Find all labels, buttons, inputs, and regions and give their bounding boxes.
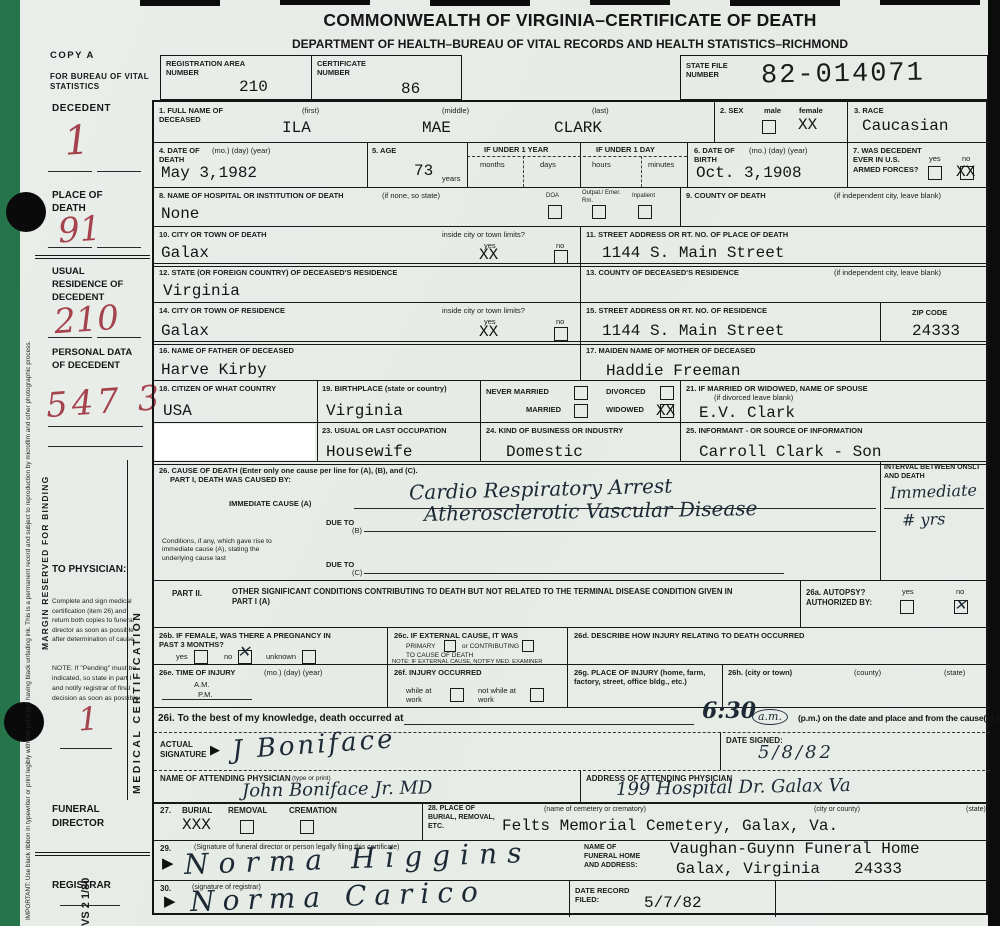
while-at-work-label: while at work bbox=[406, 686, 438, 705]
sex-male-checkbox bbox=[762, 120, 776, 134]
industry-value: Domestic bbox=[506, 443, 583, 461]
city-of-death-label: 10. CITY OR TOWN OF DEATH bbox=[159, 230, 267, 239]
divider bbox=[48, 426, 143, 427]
pregnancy-unknown-checkbox bbox=[302, 650, 316, 664]
funeral-home-zip: 24333 bbox=[854, 860, 902, 878]
father-name-value: Harve Kirby bbox=[161, 361, 267, 379]
pregnancy-yes-label: yes bbox=[176, 652, 188, 661]
pregnancy-no-label: no bbox=[224, 652, 232, 661]
certificate-form: 1. FULL NAME OF DECEASED (first) (middle… bbox=[152, 100, 988, 915]
race-label: 3. RACE bbox=[854, 106, 884, 115]
funeral-home-label: NAME OF FUNERAL HOME AND ADDRESS: bbox=[584, 844, 646, 870]
death-occurred-pre: 26i. To the best of my knowledge, death … bbox=[158, 713, 403, 724]
county-residence-label: 13. COUNTY OF DECEASED'S RESIDENCE bbox=[586, 268, 739, 277]
cause-b-handwritten: Atherosclerotic Vascular Disease bbox=[424, 496, 758, 526]
divider bbox=[35, 852, 150, 856]
divider bbox=[154, 226, 990, 227]
due-to-c-label: DUE TO bbox=[326, 560, 354, 569]
limits-yes-mark: XX bbox=[479, 246, 498, 264]
armed-forces-yes-checkbox bbox=[928, 166, 942, 180]
copy-label: COPY A bbox=[50, 50, 95, 61]
occupation-value: Housewife bbox=[326, 443, 412, 461]
attending-address-value: 199 Hospital Dr. Galax Va bbox=[616, 775, 851, 800]
registration-area-box: REGISTRATION AREA NUMBER 210 CERTIFICATE… bbox=[160, 55, 462, 100]
outpatient-checkbox bbox=[592, 205, 606, 219]
divider bbox=[154, 580, 990, 581]
county-residence-paren: (if independent city, leave blank) bbox=[834, 268, 941, 277]
divider bbox=[387, 627, 388, 707]
county-of-death-label: 9. COUNTY OF DEATH bbox=[686, 191, 766, 200]
months-label: months bbox=[480, 160, 505, 169]
physician-signature-handwritten: J Boniface bbox=[231, 724, 396, 765]
not-while-at-work-label: not while at work bbox=[478, 686, 518, 705]
redacted-area bbox=[155, 424, 315, 460]
informant-value: Carroll Clark - Son bbox=[699, 443, 881, 461]
section-personal-data-label: PERSONAL DATA OF DECEDENT bbox=[52, 347, 137, 373]
divider bbox=[154, 263, 990, 267]
divider bbox=[641, 156, 642, 187]
street-residence-label: 15. STREET ADDRESS OR RT. NO. OF RESIDEN… bbox=[586, 306, 767, 315]
part1-label: PART I, DEATH WAS CAUSED BY: bbox=[170, 475, 291, 484]
divider bbox=[35, 255, 150, 259]
divider bbox=[880, 302, 881, 341]
last-label: (last) bbox=[592, 106, 609, 115]
divider bbox=[569, 880, 570, 917]
state-file-box: STATE FILE NUMBER 82-014071 bbox=[680, 55, 988, 100]
informant-label: 25. INFORMANT - OR SOURCE OF INFORMATION bbox=[686, 426, 863, 435]
pm-label: P.M. bbox=[198, 690, 212, 699]
removal-label: REMOVAL bbox=[228, 806, 267, 816]
date-of-death-label: 4. DATE OF DEATH bbox=[159, 146, 219, 165]
funeral-home-name: Vaughan-Guynn Funeral Home bbox=[670, 840, 920, 858]
middle-label: (middle) bbox=[442, 106, 469, 115]
limits-no-checkbox bbox=[554, 250, 568, 264]
city-residence-value: Galax bbox=[161, 322, 209, 340]
section-to-physician-label: TO PHYSICIAN: bbox=[52, 563, 132, 577]
race-value: Caucasian bbox=[862, 117, 948, 135]
first-name-value: ILA bbox=[282, 119, 311, 137]
hospital-value: None bbox=[161, 205, 199, 223]
state-file-label: STATE FILE NUMBER bbox=[686, 61, 741, 80]
pregnancy-unknown-label: unknown bbox=[266, 652, 296, 661]
minutes-label: minutes bbox=[648, 160, 674, 169]
registration-area-label: REGISTRATION AREA NUMBER bbox=[166, 59, 246, 78]
age-label: 5. AGE bbox=[372, 146, 396, 155]
pending-note: NOTE: If "Pending" must be indicated, so… bbox=[52, 664, 144, 703]
residence-yes-mark: XX bbox=[479, 323, 498, 341]
industry-label: 24. KIND OF BUSINESS OR INDUSTRY bbox=[486, 426, 623, 435]
divider bbox=[580, 263, 581, 302]
city-of-death-value: Galax bbox=[161, 244, 209, 262]
city-limits-label: inside city or town limits? bbox=[442, 230, 525, 239]
state-file-value: 82-014071 bbox=[761, 59, 925, 92]
sex-female-mark: XX bbox=[798, 116, 817, 134]
age-value: 73 bbox=[414, 162, 433, 180]
section-decedent-label: DECEDENT bbox=[52, 103, 111, 114]
full-name-label: 1. FULL NAME OF DECEASED bbox=[159, 106, 239, 125]
registrar-signature-handwritten: Norma Carico bbox=[190, 875, 487, 918]
certificate-number-value: 86 bbox=[401, 80, 420, 98]
divider bbox=[97, 247, 141, 248]
sex-label: 2. SEX bbox=[720, 106, 743, 115]
pregnancy-label: 26b. IF FEMALE, WAS THERE A PREGNANCY IN… bbox=[159, 631, 349, 650]
pregnancy-no-mark: ✕ bbox=[237, 642, 250, 661]
registration-area-value: 210 bbox=[239, 78, 268, 96]
decedent-code-handwritten: 1 bbox=[62, 117, 91, 165]
divider bbox=[48, 247, 92, 248]
immediate-cause-label: IMMEDIATE CAUSE (A) bbox=[229, 499, 311, 508]
hospital-paren: (if none, so state) bbox=[382, 191, 440, 200]
first-label: (first) bbox=[302, 106, 319, 115]
while-at-work-checkbox bbox=[450, 688, 464, 702]
punch-hole bbox=[6, 192, 46, 232]
under-1-day-label: IF UNDER 1 DAY bbox=[596, 145, 655, 154]
divider bbox=[580, 770, 581, 802]
marital-widowed-label: WIDOWED bbox=[606, 405, 644, 414]
disposition-label: 27. bbox=[160, 806, 171, 816]
age-unit-label: years bbox=[442, 174, 460, 183]
inpatient-checkbox bbox=[638, 205, 652, 219]
date-of-birth-value: Oct. 3,1908 bbox=[696, 164, 802, 182]
place-of-burial-value: Felts Memorial Cemetery, Galax, Va. bbox=[502, 817, 838, 835]
death-time-handwritten: 6:30 bbox=[702, 698, 756, 724]
personal-code-handwritten: 547 3 bbox=[45, 378, 165, 426]
bureau-label: FOR BUREAU OF VITAL STATISTICS bbox=[50, 72, 150, 93]
injury-city-label: 26h. (city or town) bbox=[728, 668, 792, 677]
zip-value: 24333 bbox=[912, 322, 960, 340]
street-of-death-label: 11. STREET ADDRESS OR RT. NO. OF PLACE O… bbox=[586, 230, 788, 239]
external-note: NOTE: IF EXTERNAL CAUSE, NOTIFY MED. EXA… bbox=[392, 659, 542, 666]
actual-signature-label: ACTUAL SIGNATURE bbox=[160, 740, 208, 760]
primary-label: PRIMARY bbox=[406, 643, 436, 651]
divider bbox=[580, 226, 581, 263]
cremation-checkbox bbox=[300, 820, 314, 834]
under-1-year-label: IF UNDER 1 YEAR bbox=[484, 145, 548, 154]
mother-name-value: Haddie Freeman bbox=[606, 362, 740, 380]
divider bbox=[60, 905, 120, 906]
pointer-icon: ▶ bbox=[162, 854, 174, 872]
citizen-label: 18. CITIZEN OF WHAT COUNTRY bbox=[159, 384, 276, 393]
mother-name-label: 17. MAIDEN NAME OF MOTHER OF DECEASED bbox=[586, 346, 756, 355]
how-injury-label: 26d. DESCRIBE HOW INJURY RELATING TO DEA… bbox=[574, 631, 804, 640]
autopsy-label: 26a. AUTOPSY? AUTHORIZED BY: bbox=[806, 588, 874, 607]
residence-limits-label: inside city or town limits? bbox=[442, 306, 525, 315]
section-registrar-label: REGISTRAR bbox=[52, 880, 111, 891]
interval-b-handwritten: # yrs bbox=[902, 509, 946, 530]
divider bbox=[467, 142, 468, 187]
divider bbox=[154, 461, 990, 465]
autopsy-no-mark: ✕ bbox=[954, 596, 967, 614]
death-occurred-post: (p.m.) on the date and place and from th… bbox=[798, 713, 1000, 723]
death-certificate-scan: COMMONWEALTH OF VIRGINIA–CERTIFICATE OF … bbox=[0, 0, 1000, 926]
divider bbox=[154, 187, 990, 188]
armed-forces-no-mark: XX bbox=[956, 163, 975, 181]
death-am-circled: a.m. bbox=[752, 709, 788, 725]
burial-mark: XXX bbox=[182, 816, 211, 834]
never-married-checkbox bbox=[574, 386, 588, 400]
divider bbox=[680, 187, 681, 226]
residence-no-checkbox bbox=[554, 327, 568, 341]
scan-artifact bbox=[880, 0, 980, 5]
county-of-death-paren: (if independent city, leave blank) bbox=[834, 191, 941, 200]
cremation-label: CREMATION bbox=[289, 806, 337, 816]
divider bbox=[580, 142, 581, 187]
divider bbox=[154, 380, 990, 381]
divider bbox=[97, 337, 141, 338]
time-of-injury-sub: (mo.) (day) (year) bbox=[264, 668, 322, 677]
date-signed-value: 5/8/82 bbox=[758, 742, 834, 763]
funeral-home-city: Galax, Virginia bbox=[676, 860, 820, 878]
removal-checkbox bbox=[240, 820, 254, 834]
spouse-paren: (if divorced leave blank) bbox=[714, 393, 793, 402]
father-name-label: 16. NAME OF FATHER OF DECEASED bbox=[159, 346, 294, 355]
pointer-icon: ▶ bbox=[210, 742, 220, 758]
doa-label: DOA bbox=[546, 193, 559, 201]
limits-no-label: no bbox=[556, 241, 564, 250]
section-funeral-director-label: FUNERAL DIRECTOR bbox=[52, 803, 132, 831]
date-of-death-value: May 3,1982 bbox=[161, 164, 257, 182]
external-cause-label: 26c. IF EXTERNAL CAUSE, IT WAS bbox=[394, 631, 518, 640]
date-of-birth-label: 6. DATE OF BIRTH bbox=[694, 146, 742, 165]
divider bbox=[687, 142, 688, 187]
burial-city-paren: (city or county) bbox=[814, 806, 860, 815]
widowed-mark: XX bbox=[656, 402, 675, 420]
date-filed-label: DATE RECORD FILED: bbox=[575, 886, 635, 905]
binding-strip bbox=[0, 0, 20, 926]
interval-label: INTERVAL BETWEEN ONSLT AND DEATH bbox=[884, 464, 984, 482]
due-to-b-label: DUE TO bbox=[326, 518, 354, 527]
divider bbox=[154, 341, 990, 345]
divorced-checkbox bbox=[660, 386, 674, 400]
scan-artifact bbox=[280, 0, 370, 5]
divider bbox=[97, 171, 141, 172]
doa-checkbox bbox=[548, 205, 562, 219]
attending-physician-value: John Boniface Jr. MD bbox=[242, 777, 433, 801]
autopsy-yes-checkbox bbox=[900, 600, 914, 614]
armed-forces-yes-label: yes bbox=[929, 154, 941, 163]
am-label: A.M. bbox=[194, 680, 209, 689]
place-code-handwritten: 91 bbox=[57, 209, 103, 252]
spouse-value: E.V. Clark bbox=[699, 404, 795, 422]
conditions-note: Conditions, if any, which gave rise to i… bbox=[162, 538, 292, 563]
funeral-sig-number: 29. bbox=[160, 844, 171, 854]
armed-forces-label: 7. WAS DECEDENT EVER IN U.S. ARMED FORCE… bbox=[853, 146, 923, 174]
physician-code-handwritten: 1 bbox=[77, 699, 100, 738]
divider bbox=[154, 770, 990, 771]
divider bbox=[154, 880, 990, 881]
not-while-at-work-checkbox bbox=[530, 688, 544, 702]
divider bbox=[162, 699, 252, 700]
inpatient-label: Inpatient bbox=[632, 193, 655, 201]
date-filed-value: 5/7/82 bbox=[644, 894, 702, 912]
residence-code-handwritten: 210 bbox=[53, 298, 121, 342]
injury-county-label: (county) bbox=[854, 668, 881, 677]
divider bbox=[364, 531, 876, 532]
divider bbox=[800, 580, 801, 627]
autopsy-yes-label: yes bbox=[902, 587, 914, 596]
divider bbox=[154, 627, 990, 628]
marital-never-label: NEVER MARRIED bbox=[486, 387, 549, 396]
hospital-label: 8. NAME OF HOSPITAL OR INSTITUTION OF DE… bbox=[159, 191, 344, 200]
part2-text: OTHER SIGNIFICANT CONDITIONS CONTRIBUTIN… bbox=[232, 587, 752, 606]
injury-occurred-label: 26f. INJURY OCCURRED bbox=[394, 668, 482, 677]
residence-no-label: no bbox=[556, 317, 564, 326]
date-of-birth-sub: (mo.) (day) (year) bbox=[749, 146, 807, 155]
scan-artifact bbox=[430, 0, 530, 6]
divider bbox=[48, 337, 92, 338]
zip-label: ZIP CODE bbox=[912, 308, 947, 317]
divider bbox=[467, 156, 687, 157]
armed-forces-no-label: no bbox=[962, 154, 970, 163]
state-residence-value: Virginia bbox=[163, 282, 240, 300]
divider bbox=[154, 802, 990, 804]
divider bbox=[580, 341, 581, 380]
spouse-label: 21. IF MARRIED OR WIDOWED, NAME OF SPOUS… bbox=[686, 384, 868, 393]
interval-a-handwritten: Immediate bbox=[890, 480, 978, 502]
due-to-c-tag: (C) bbox=[352, 568, 362, 577]
injury-state-label: (state) bbox=[944, 668, 965, 677]
divider bbox=[364, 573, 784, 574]
certificate-subtitle: DEPARTMENT OF HEALTH–BUREAU OF VITAL REC… bbox=[152, 37, 988, 51]
due-to-b-tag: (B) bbox=[352, 526, 362, 535]
days-label: days bbox=[540, 160, 556, 169]
burial-label: BURIAL bbox=[182, 806, 212, 816]
divider bbox=[847, 142, 848, 187]
scan-artifact bbox=[730, 0, 840, 6]
outpatient-label: Outpat./ Emer. Rm. bbox=[582, 190, 622, 205]
divider bbox=[154, 664, 990, 665]
divider bbox=[775, 880, 776, 917]
burial-state-paren: (state) bbox=[966, 806, 986, 815]
hours-label: hours bbox=[592, 160, 611, 169]
divider bbox=[720, 732, 721, 770]
city-residence-label: 14. CITY OR TOWN OF RESIDENCE bbox=[159, 306, 285, 315]
birthplace-value: Virginia bbox=[326, 402, 403, 420]
pregnancy-yes-checkbox bbox=[194, 650, 208, 664]
divider bbox=[367, 142, 368, 187]
state-residence-label: 12. STATE (OR FOREIGN COUNTRY) OF DECEAS… bbox=[159, 268, 397, 277]
divider bbox=[154, 142, 990, 143]
occupation-label: 23. USUAL OR LAST OCCUPATION bbox=[322, 426, 447, 435]
marital-married-label: MARRIED bbox=[526, 405, 561, 414]
divider bbox=[154, 302, 990, 303]
cemetery-paren: (name of cemetery or crematory) bbox=[544, 806, 646, 815]
sex-male-label: male bbox=[764, 106, 781, 115]
divider bbox=[680, 380, 681, 461]
divider bbox=[60, 748, 112, 749]
street-of-death-value: 1144 S. Main Street bbox=[602, 244, 784, 262]
marital-divorced-label: DIVORCED bbox=[606, 387, 646, 396]
divider bbox=[404, 724, 694, 725]
divider bbox=[311, 56, 312, 99]
date-of-death-sub: (mo.) (day) (year) bbox=[212, 146, 270, 155]
divider bbox=[422, 802, 423, 840]
place-of-injury-label: 26g. PLACE OF INJURY (home, farm, factor… bbox=[574, 668, 709, 687]
physician-note: Complete and sign medical certification … bbox=[52, 597, 140, 645]
divider bbox=[523, 156, 524, 187]
certificate-title: COMMONWEALTH OF VIRGINIA–CERTIFICATE OF … bbox=[152, 10, 988, 31]
cause-of-death-label: 26. CAUSE OF DEATH (Enter only one cause… bbox=[159, 466, 418, 475]
birthplace-label: 19. BIRTHPLACE (state or country) bbox=[322, 384, 447, 393]
divider bbox=[847, 102, 848, 142]
autopsy-no-label: no bbox=[956, 587, 964, 596]
pointer-icon: ▶ bbox=[164, 892, 176, 910]
divider bbox=[154, 422, 990, 423]
divider bbox=[567, 627, 568, 707]
last-name-value: CLARK bbox=[554, 119, 602, 137]
contributing-checkbox bbox=[522, 640, 534, 652]
divider bbox=[880, 461, 881, 580]
scan-artifact bbox=[590, 0, 670, 5]
part2-label: PART II. bbox=[172, 589, 202, 599]
contributing-label: or CONTRIBUTING bbox=[462, 643, 519, 651]
divider bbox=[154, 707, 990, 708]
certificate-number-label: CERTIFICATE NUMBER bbox=[317, 59, 387, 78]
place-of-burial-label: 28. PLACE OF BURIAL, REMOVAL, ETC. bbox=[428, 805, 498, 831]
scan-artifact bbox=[140, 0, 220, 6]
margin-binding-note: MARGIN RESERVED FOR BINDING bbox=[40, 330, 50, 650]
divider bbox=[48, 446, 143, 447]
street-residence-value: 1144 S. Main Street bbox=[602, 322, 784, 340]
primary-checkbox bbox=[444, 640, 456, 652]
divider bbox=[714, 102, 715, 142]
divider bbox=[317, 380, 318, 461]
sex-female-label: female bbox=[799, 106, 823, 115]
divider bbox=[580, 302, 581, 341]
citizen-value: USA bbox=[163, 402, 192, 420]
married-checkbox bbox=[574, 404, 588, 418]
divider bbox=[480, 380, 481, 461]
divider bbox=[48, 171, 92, 172]
middle-name-value: MAE bbox=[422, 119, 451, 137]
time-of-injury-label: 26e. TIME OF INJURY bbox=[159, 668, 235, 677]
